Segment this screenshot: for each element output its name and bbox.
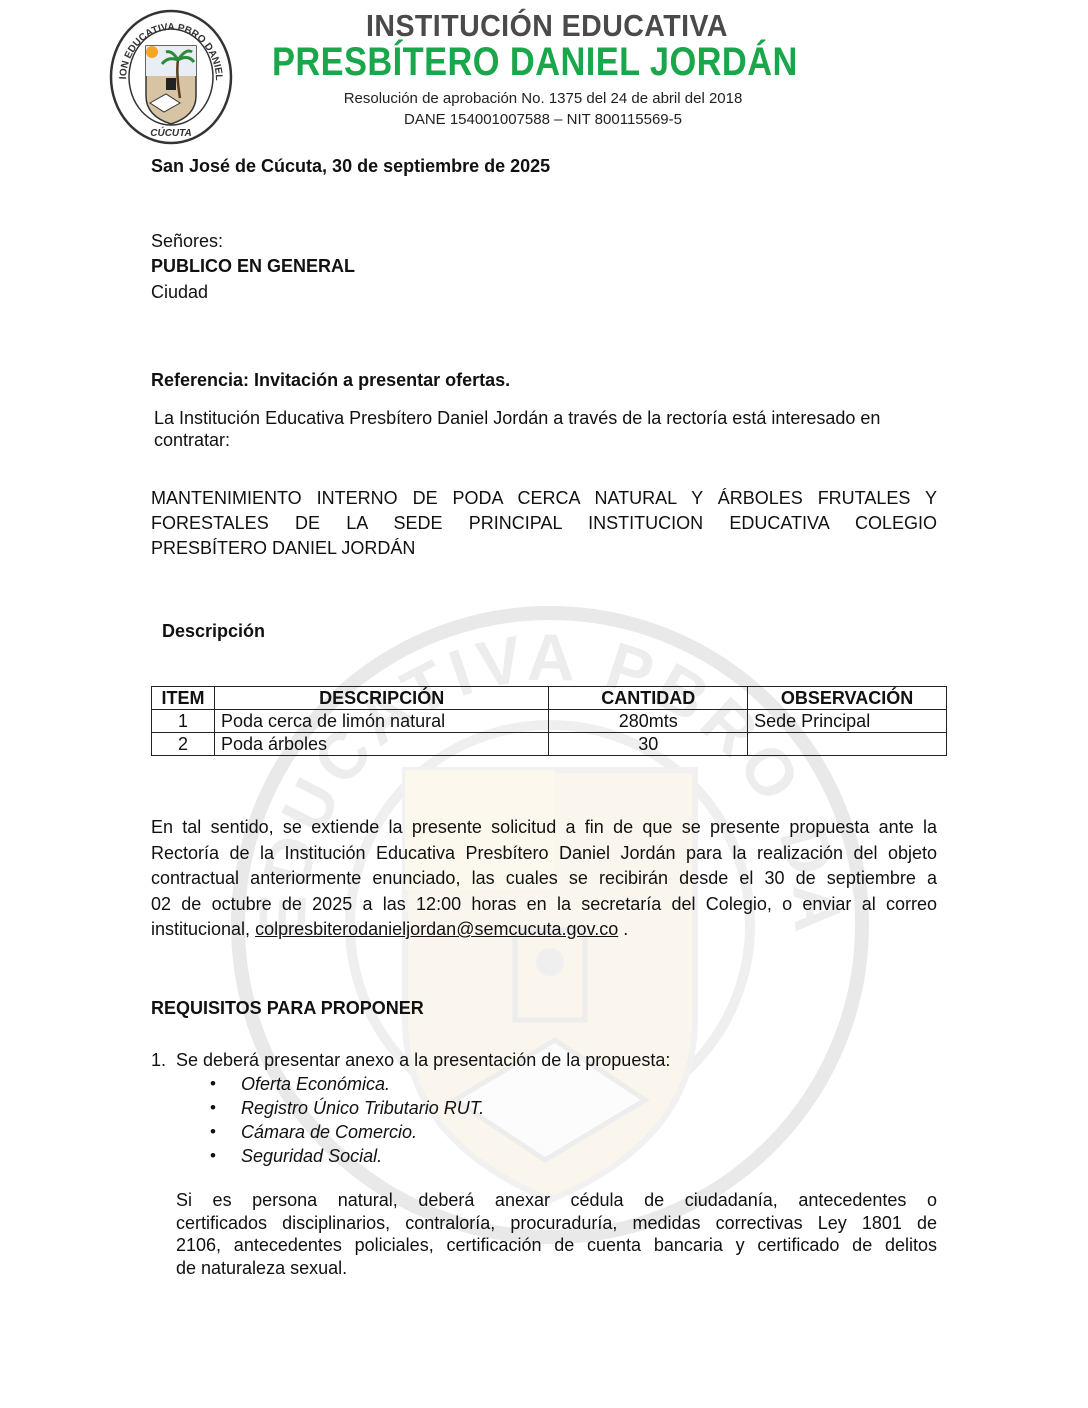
column-header-item: ITEM [152, 687, 215, 710]
paragraph-line: 02 de octubre de 2025 a las 12:00 horas … [151, 892, 937, 918]
list-item: Cámara de Comercio. [210, 1120, 484, 1144]
contract-object-line: FORESTALES DE LA SEDE PRINCIPAL INSTITUC… [151, 511, 937, 536]
contract-object: MANTENIMIENTO INTERNO DE PODA CERCA NATU… [151, 486, 937, 561]
table-row: 2 Poda árboles 30 [152, 733, 947, 756]
items-table: ITEM DESCRIPCIÓN CANTIDAD OBSERVACIÓN 1 … [151, 686, 947, 756]
paragraph-line: 2106, antecedentes policiales, certifica… [176, 1234, 937, 1257]
city: Ciudad [151, 280, 208, 304]
resolution-text: Resolución de aprobación No. 1375 del 24… [300, 88, 786, 109]
requirement-1: 1.Se deberá presentar anexo a la present… [151, 1048, 670, 1072]
list-item: Registro Único Tributario RUT. [210, 1096, 484, 1120]
paragraph-line: de naturaleza sexual. [176, 1257, 937, 1280]
cell-observation: Sede Principal [748, 710, 947, 733]
column-header-observation: OBSERVACIÓN [748, 687, 947, 710]
description-heading: Descripción [162, 619, 265, 643]
column-header-description: DESCRIPCIÓN [214, 687, 548, 710]
svg-text:CÚCUTA: CÚCUTA [150, 126, 191, 139]
column-header-quantity: CANTIDAD [549, 687, 748, 710]
paragraph-line: contractual anteriormente enunciado, las… [151, 866, 937, 892]
table-row: 1 Poda cerca de limón natural 280mts Sed… [152, 710, 947, 733]
requirements-heading: REQUISITOS PARA PROPONER [151, 996, 424, 1020]
email-link[interactable]: colpresbiterodanieljordan@semcucuta.gov.… [255, 919, 618, 939]
list-item: Oferta Económica. [210, 1072, 484, 1096]
contract-object-line: MANTENIMIENTO INTERNO DE PODA CERCA NATU… [151, 486, 937, 511]
submission-paragraph: En tal sentido, se extiende la presente … [151, 815, 937, 943]
salutation: Señores: [151, 229, 223, 253]
cell-description: Poda cerca de limón natural [214, 710, 548, 733]
recipient: PUBLICO EN GENERAL [151, 254, 355, 278]
intro-paragraph: La Institución Educativa Presbítero Dani… [154, 407, 944, 451]
paragraph-line: certificados disciplinarios, contraloría… [176, 1212, 937, 1235]
institution-title-line1: INSTITUCIÓN EDUCATIVA [366, 8, 728, 44]
paragraph-prefix: institucional, [151, 919, 255, 939]
institution-legal-info: Resolución de aprobación No. 1375 del 24… [300, 88, 786, 130]
requirement-1-list: Oferta Económica. Registro Único Tributa… [210, 1072, 484, 1168]
paragraph-line: institucional, colpresbiterodanieljordan… [151, 917, 937, 943]
cell-item: 1 [152, 710, 215, 733]
date-place: San José de Cúcuta, 30 de septiembre de … [151, 154, 550, 178]
institution-title-line2: PRESBÍTERO DANIEL JORDÁN [272, 40, 798, 85]
paragraph-line: Rectoría de la Institución Educativa Pre… [151, 841, 937, 867]
requirement-text: Se deberá presentar anexo a la presentac… [176, 1050, 670, 1070]
paragraph-line: En tal sentido, se extiende la presente … [151, 815, 937, 841]
requirement-number: 1. [151, 1048, 176, 1072]
contract-object-line: PRESBÍTERO DANIEL JORDÁN [151, 536, 937, 561]
cell-description: Poda árboles [214, 733, 548, 756]
natural-person-paragraph: Si es persona natural, deberá anexar céd… [176, 1189, 937, 1279]
cell-quantity: 280mts [549, 710, 748, 733]
list-item: Seguridad Social. [210, 1144, 484, 1168]
paragraph-suffix: . [618, 919, 628, 939]
paragraph-line: Si es persona natural, deberá anexar céd… [176, 1189, 937, 1212]
reference-line: Referencia: Invitación a presentar ofert… [151, 368, 510, 392]
dane-nit-text: DANE 154001007588 – NIT 800115569-5 [300, 109, 786, 130]
school-seal-icon: INSTITUCION EDUCATIVA PBRO DANIEL JORDAN… [108, 8, 234, 146]
cell-quantity: 30 [549, 733, 748, 756]
cell-observation [748, 733, 947, 756]
table-header-row: ITEM DESCRIPCIÓN CANTIDAD OBSERVACIÓN [152, 687, 947, 710]
cell-item: 2 [152, 733, 215, 756]
